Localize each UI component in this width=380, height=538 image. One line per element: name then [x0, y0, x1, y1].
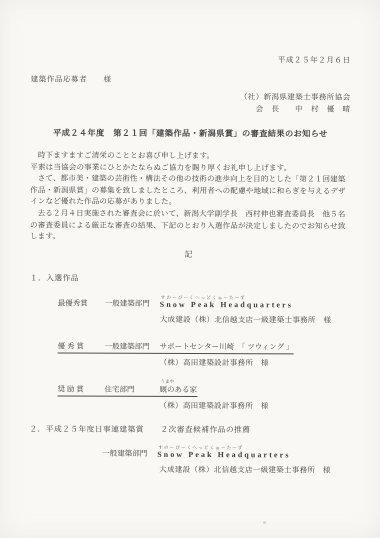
document-title: 平成２４年度 第２１回「建築作品・新潟県賞」の審査結果のお知らせ: [30, 127, 350, 139]
letter-content: 平成２５年２月６日 建築作品応募者 様 （社）新潟県建築士事務所協会 会 長 中…: [0, 0, 380, 486]
firm-name: （株）高田建築設計事務所 様: [159, 400, 349, 412]
work-title: サポートセンター川崎 「 ツウィング 」: [160, 341, 294, 352]
addressee-line: 建築作品応募者 様: [31, 73, 351, 85]
work-furigana: うまや: [161, 379, 175, 385]
section2-heading: ２．平成２５年度日事連建築賞 ２次審査候補作品の推薦: [29, 423, 349, 435]
award-category: 一般建築部門: [102, 447, 157, 458]
entry-row-inner: 最優秀賞 一般建築部門 すのーぴーくへっどくぉーたーず Snow Peak He…: [58, 297, 293, 310]
entry-row-inner: 優 秀 賞 一般建築部門 サポートセンター川崎 「 ツウィング 」: [58, 340, 294, 354]
work-title-text: Snow Peak Headquarters: [160, 300, 293, 309]
work-furigana: すのーぴーくへっどくぉーたーず: [158, 445, 243, 451]
letter-body: 時下ますますご清栄のこととお喜び申し上げます。 平素は当協会の事業にひとかたなら…: [30, 149, 350, 243]
award-name: 最優秀賞: [58, 297, 105, 308]
entry-row: 優 秀 賞 一般建築部門 サポートセンター川崎 「 ツウィング 」: [58, 335, 350, 354]
sender-representative: 会 長 中 村 優 晴: [30, 102, 350, 115]
record-marker: 記: [30, 248, 350, 260]
firm-name: （株）高田建築設計事務所 様: [160, 357, 350, 369]
section1-heading: １．入選作品: [30, 272, 350, 284]
work-title-text: サポートセンター川崎 「 ツウィング 」: [160, 342, 294, 351]
entry-encouragement-prize: 奨 励 賞 住宅部門 うまや 厩のある家 （株）高田建築設計事務所 様: [29, 378, 349, 411]
entry-excellence-prize: 優 秀 賞 一般建築部門 サポートセンター川崎 「 ツウィング 」 （株）高田建…: [30, 335, 350, 368]
body-paragraph-3: さて、都市美・建築の芸術性・構法その他の技術の進歩向上を目的とした「第２１回建築…: [30, 173, 350, 209]
section1-entries: 最優秀賞 一般建築部門 すのーぴーくへっどくぉーたーず Snow Peak He…: [29, 292, 349, 411]
entry-row: 一般建築部門 すのーぴーくへっどくぉーたーず Snow Peak Headqua…: [102, 442, 349, 461]
entry-row-inner: 一般建築部門 すのーぴーくへっどくぉーたーず Snow Peak Headqua…: [102, 447, 290, 460]
firm-name: 大成建設（株）北信越支店一級建築士事務所 様: [160, 314, 350, 326]
work-title: すのーぴーくへっどくぉーたーず Snow Peak Headquarters: [160, 300, 293, 309]
sender-organization: （社）新潟県建築士事務所協会: [30, 90, 350, 103]
entry-row: 奨 励 賞 住宅部門 うまや 厩のある家: [57, 378, 349, 397]
award-name: 奨 励 賞: [57, 383, 104, 394]
work-title: すのーぴーくへっどくぉーたーず Snow Peak Headquarters: [157, 450, 290, 459]
award-category: 一般建築部門: [105, 297, 160, 308]
scan-speck: [263, 521, 266, 524]
date-line: 平成２５年２月６日: [31, 53, 351, 65]
work-title: うまや 厩のある家: [159, 384, 197, 395]
body-paragraph-4: 去る２月４日実施された審査会に於いて、新潟大学副学長 西村伸也審査委員長 他５名…: [30, 207, 350, 243]
award-category: 住宅部門: [104, 383, 159, 394]
letter-page: 平成２５年２月６日 建築作品応募者 様 （社）新潟県建築士事務所協会 会 長 中…: [0, 0, 380, 538]
entry-row: 最優秀賞 一般建築部門 すのーぴーくへっどくぉーたーず Snow Peak He…: [58, 292, 350, 311]
work-title-text: 厩のある家: [159, 385, 197, 394]
award-name: 優 秀 賞: [58, 340, 105, 351]
firm-name: 大成建設（株）北信越支店一級建築士事務所 様: [159, 464, 349, 476]
sender-block: （社）新潟県建築士事務所協会 会 長 中 村 優 晴: [30, 90, 350, 115]
entry-grand-prize: 最優秀賞 一般建築部門 すのーぴーくへっどくぉーたーず Snow Peak He…: [30, 292, 350, 325]
entry-row-inner: 奨 励 賞 住宅部門 うまや 厩のある家: [57, 383, 197, 396]
work-furigana: すのーぴーくへっどくぉーたーず: [161, 295, 246, 301]
body-paragraph-1: 時下ますますご清栄のこととお喜び申し上げます。: [30, 149, 350, 162]
entry-recommendation: 一般建築部門 すのーぴーくへっどくぉーたーず Snow Peak Headqua…: [29, 442, 349, 475]
award-category: 一般建築部門: [105, 340, 160, 351]
section2-entries: 一般建築部門 すのーぴーくへっどくぉーたーず Snow Peak Headqua…: [29, 442, 349, 475]
work-title-text: Snow Peak Headquarters: [157, 450, 290, 459]
